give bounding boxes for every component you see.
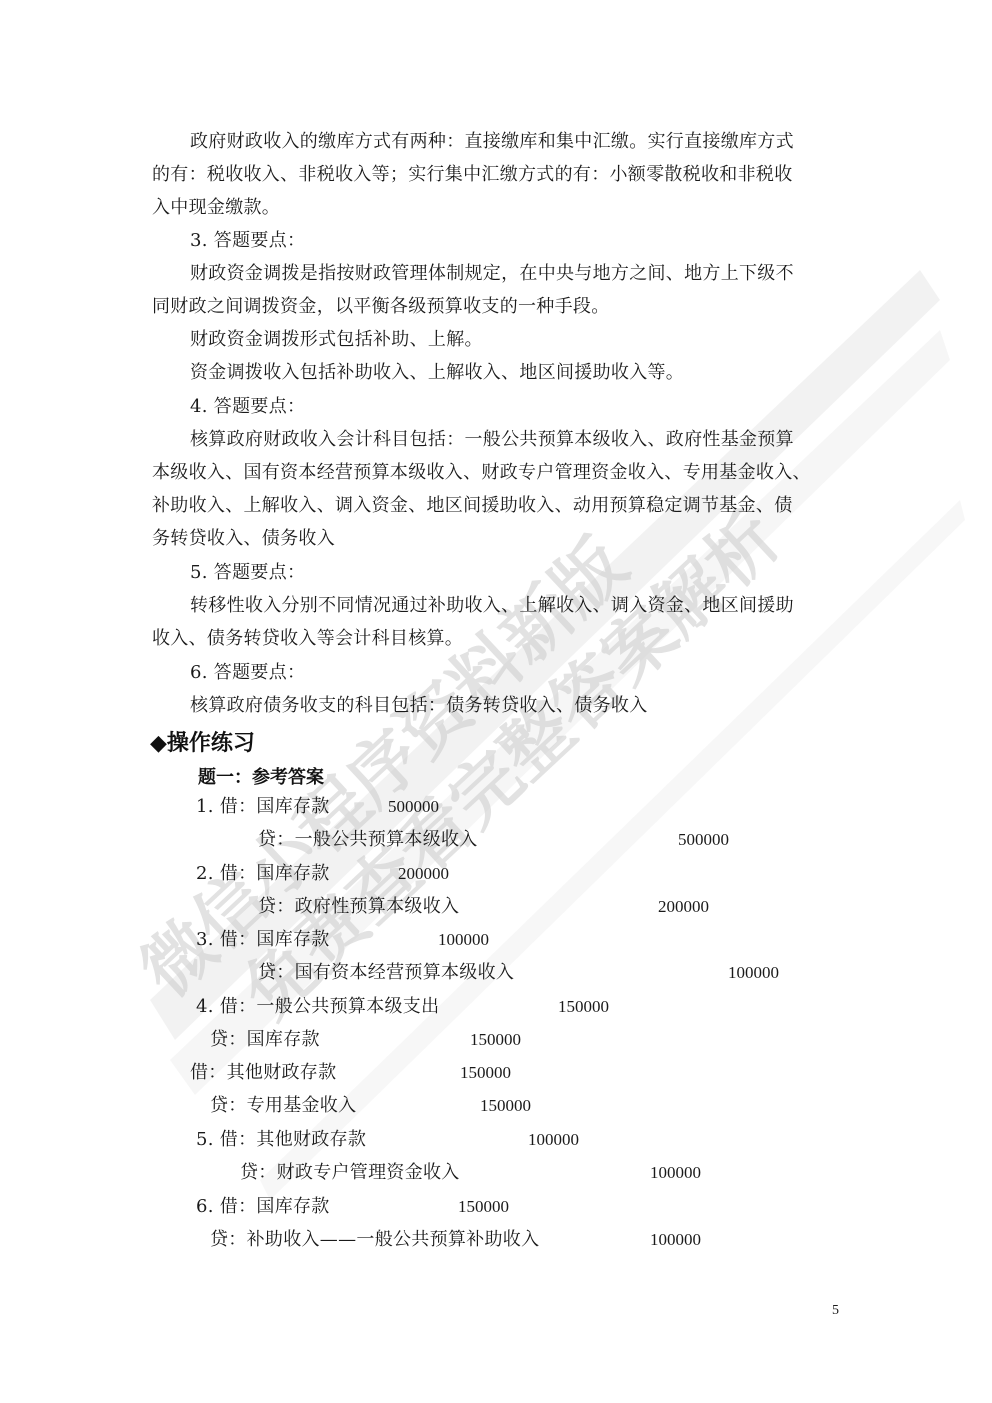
entry-amount: 150000 bbox=[480, 1095, 531, 1117]
paragraph-line: 财政资金调拨是指按财政管理体制规定，在中央与地方之间、地方上下级不 bbox=[190, 263, 794, 285]
paragraph-line: 同财政之间调拨资金，以平衡各级预算收支的一种手段。 bbox=[152, 296, 610, 318]
entry-amount: 200000 bbox=[658, 896, 709, 918]
answer-title-6: 6. 答题要点： bbox=[190, 662, 305, 684]
entry-amount: 150000 bbox=[458, 1196, 509, 1218]
paragraph-line: 转移性收入分别不同情况通过补助收入、上解收入、调入资金、地区间援助 bbox=[190, 595, 794, 617]
page-number: 5 bbox=[832, 1303, 839, 1319]
section-heading: ◆操作练习 bbox=[150, 726, 255, 757]
entry-label: 贷：国有资本经营预算本级收入 bbox=[258, 962, 514, 984]
paragraph-line: 的有：税收收入、非税收入等；实行集中汇缴方式的有：小额零散税收和非税收 bbox=[152, 164, 793, 186]
document-page: 微信小程序资料新版 免费查看完整答案解析 政府财政收入的缴库方式有两种：直接缴库… bbox=[0, 0, 992, 1403]
answer-title-3: 3. 答题要点： bbox=[190, 230, 305, 252]
entry-label: 贷：补助收入——一般公共预算补助收入 bbox=[210, 1229, 539, 1251]
paragraph-line: 务转贷收入、债务收入 bbox=[152, 528, 335, 550]
entry-label: 5. 借：其他财政存款 bbox=[196, 1129, 366, 1151]
answer-title-4: 4. 答题要点： bbox=[190, 396, 305, 418]
entry-label: 贷：专用基金收入 bbox=[210, 1095, 356, 1117]
entry-label: 贷：财政专户管理资金收入 bbox=[240, 1162, 460, 1184]
answer-title-5: 5. 答题要点： bbox=[190, 562, 305, 584]
entry-amount: 100000 bbox=[728, 962, 779, 984]
paragraph-line: 补助收入、上解收入、调入资金、地区间援助收入、动用预算稳定调节基金、债 bbox=[152, 495, 793, 517]
paragraph-line: 核算政府财政收入会计科目包括：一般公共预算本级收入、政府性基金预算 bbox=[190, 429, 794, 451]
entry-label: 3. 借：国库存款 bbox=[196, 929, 330, 951]
paragraph-line: 收入、债务转贷收入等会计科目核算。 bbox=[152, 628, 463, 650]
entry-label: 贷：政府性预算本级收入 bbox=[258, 896, 459, 918]
paragraph-line: 资金调拨收入包括补助收入、上解收入、地区间援助收入等。 bbox=[190, 362, 684, 384]
entry-label: 4. 借：一般公共预算本级支出 bbox=[196, 996, 439, 1018]
paragraph-line: 财政资金调拨形式包括补助、上解。 bbox=[190, 329, 483, 351]
paragraph-line: 入中现金缴款。 bbox=[152, 197, 280, 219]
entry-amount: 150000 bbox=[470, 1029, 521, 1051]
entry-amount: 200000 bbox=[398, 863, 449, 885]
paragraph-line: 本级收入、国有资本经营预算本级收入、财政专户管理资金收入、专用基金收入、 bbox=[152, 462, 811, 484]
entry-label: 1. 借：国库存款 bbox=[196, 796, 330, 818]
entry-amount: 100000 bbox=[650, 1229, 701, 1251]
section-subheading: 题一：参考答案 bbox=[198, 763, 324, 789]
entry-label: 借：其他财政存款 bbox=[190, 1062, 336, 1084]
paragraph-line: 政府财政收入的缴库方式有两种：直接缴库和集中汇缴。实行直接缴库方式 bbox=[190, 131, 794, 153]
entry-label: 贷：国库存款 bbox=[210, 1029, 320, 1051]
paragraph-line: 核算政府债务收支的科目包括：债务转贷收入、债务收入 bbox=[190, 695, 648, 717]
entry-label: 贷：一般公共预算本级收入 bbox=[258, 829, 478, 851]
entry-amount: 500000 bbox=[388, 796, 439, 818]
entry-label: 2. 借：国库存款 bbox=[196, 863, 330, 885]
entry-amount: 100000 bbox=[438, 929, 489, 951]
entry-amount: 150000 bbox=[558, 996, 609, 1018]
entry-amount: 100000 bbox=[528, 1129, 579, 1151]
entry-amount: 500000 bbox=[678, 829, 729, 851]
entry-amount: 100000 bbox=[650, 1162, 701, 1184]
entry-amount: 150000 bbox=[460, 1062, 511, 1084]
entry-label: 6. 借：国库存款 bbox=[196, 1196, 330, 1218]
